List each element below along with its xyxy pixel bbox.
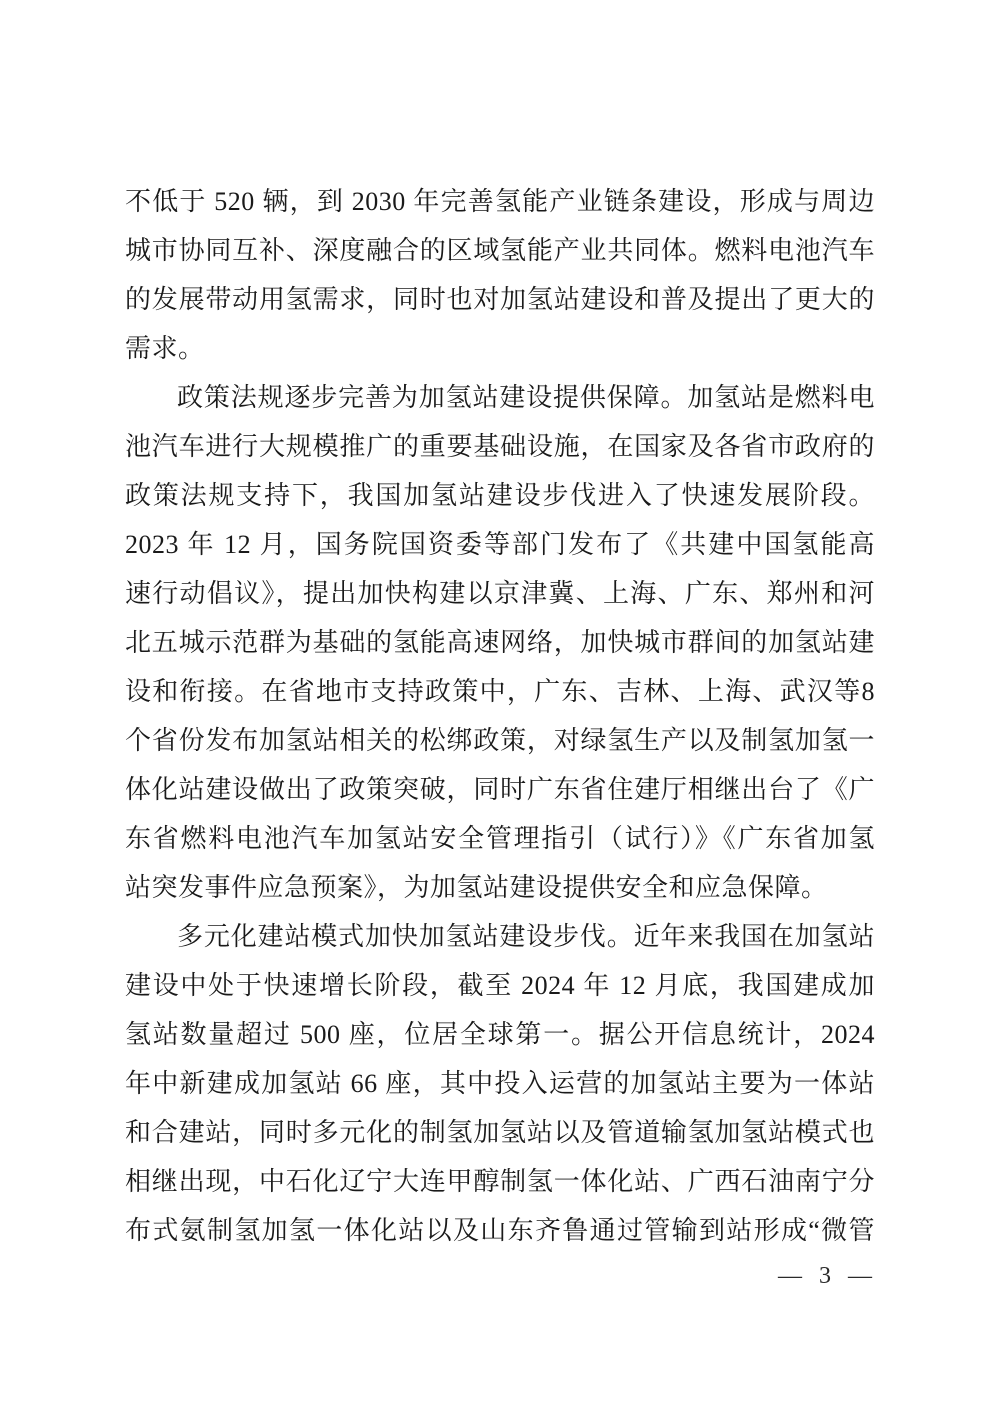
text-line: 站突发事件应急预案》，为加氢站建设提供安全和应急保障。 <box>125 863 875 912</box>
text-line: 相继出现，中石化辽宁大连甲醇制氢一体化站、广西石油南宁分 <box>125 1157 875 1206</box>
page-number: — 3 — <box>778 1261 873 1291</box>
text-line: 政策法规逐步完善为加氢站建设提供保障。加氢站是燃料电 <box>125 373 875 422</box>
text-line: 年中新建成加氢站 66 座，其中投入运营的加氢站主要为一体站 <box>125 1059 875 1108</box>
paragraph-3: 多元化建站模式加快加氢站建设步伐。近年来我国在加氢站 建设中处于快速增长阶段，截… <box>125 912 875 1255</box>
text-line: 2023 年 12 月，国务院国资委等部门发布了《共建中国氢能高 <box>125 520 875 569</box>
text-line: 个省份发布加氢站相关的松绑政策，对绿氢生产以及制氢加氢一 <box>125 716 875 765</box>
paragraph-2: 政策法规逐步完善为加氢站建设提供保障。加氢站是燃料电 池汽车进行大规模推广的重要… <box>125 373 875 912</box>
text-line: 东省燃料电池汽车加氢站安全管理指引（试行）》《广东省加氢 <box>125 814 875 863</box>
text-line: 政策法规支持下，我国加氢站建设步伐进入了快速发展阶段。 <box>125 471 875 520</box>
text-body: 不低于 520 辆，到 2030 年完善氢能产业链条建设，形成与周边 城市协同互… <box>125 177 875 1255</box>
text-line: 不低于 520 辆，到 2030 年完善氢能产业链条建设，形成与周边 <box>125 177 875 226</box>
text-line: 需求。 <box>125 324 875 373</box>
document-page: 不低于 520 辆，到 2030 年完善氢能产业链条建设，形成与周边 城市协同互… <box>0 0 1000 1414</box>
text-line: 氢站数量超过 500 座，位居全球第一。据公开信息统计，2024 <box>125 1010 875 1059</box>
text-line: 设和衔接。在省地市支持政策中，广东、吉林、上海、武汉等8 <box>125 667 875 716</box>
text-line: 的发展带动用氢需求，同时也对加氢站建设和普及提出了更大的 <box>125 275 875 324</box>
paragraph-1: 不低于 520 辆，到 2030 年完善氢能产业链条建设，形成与周边 城市协同互… <box>125 177 875 373</box>
text-line: 多元化建站模式加快加氢站建设步伐。近年来我国在加氢站 <box>125 912 875 961</box>
text-line: 体化站建设做出了政策突破，同时广东省住建厅相继出台了《广 <box>125 765 875 814</box>
text-line: 和合建站，同时多元化的制氢加氢站以及管道输氢加氢站模式也 <box>125 1108 875 1157</box>
text-line: 池汽车进行大规模推广的重要基础设施，在国家及各省市政府的 <box>125 422 875 471</box>
text-line: 速行动倡议》，提出加快构建以京津冀、上海、广东、郑州和河 <box>125 569 875 618</box>
text-line: 布式氨制氢加氢一体化站以及山东齐鲁通过管输到站形成“微管 <box>125 1206 875 1255</box>
text-line: 建设中处于快速增长阶段，截至 2024 年 12 月底，我国建成加 <box>125 961 875 1010</box>
text-line: 城市协同互补、深度融合的区域氢能产业共同体。燃料电池汽车 <box>125 226 875 275</box>
text-line: 北五城示范群为基础的氢能高速网络，加快城市群间的加氢站建 <box>125 618 875 667</box>
